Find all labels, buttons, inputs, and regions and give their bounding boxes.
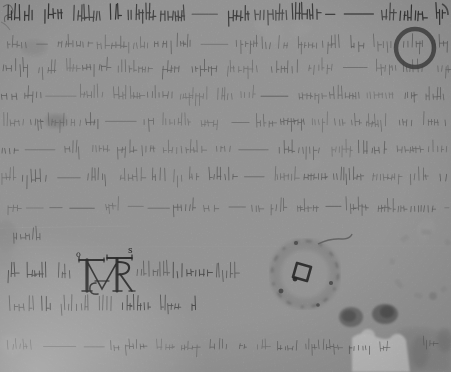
charter-photograph: o s xyxy=(0,0,451,372)
corner-light xyxy=(0,0,451,372)
charter-scene: o s xyxy=(0,0,451,372)
